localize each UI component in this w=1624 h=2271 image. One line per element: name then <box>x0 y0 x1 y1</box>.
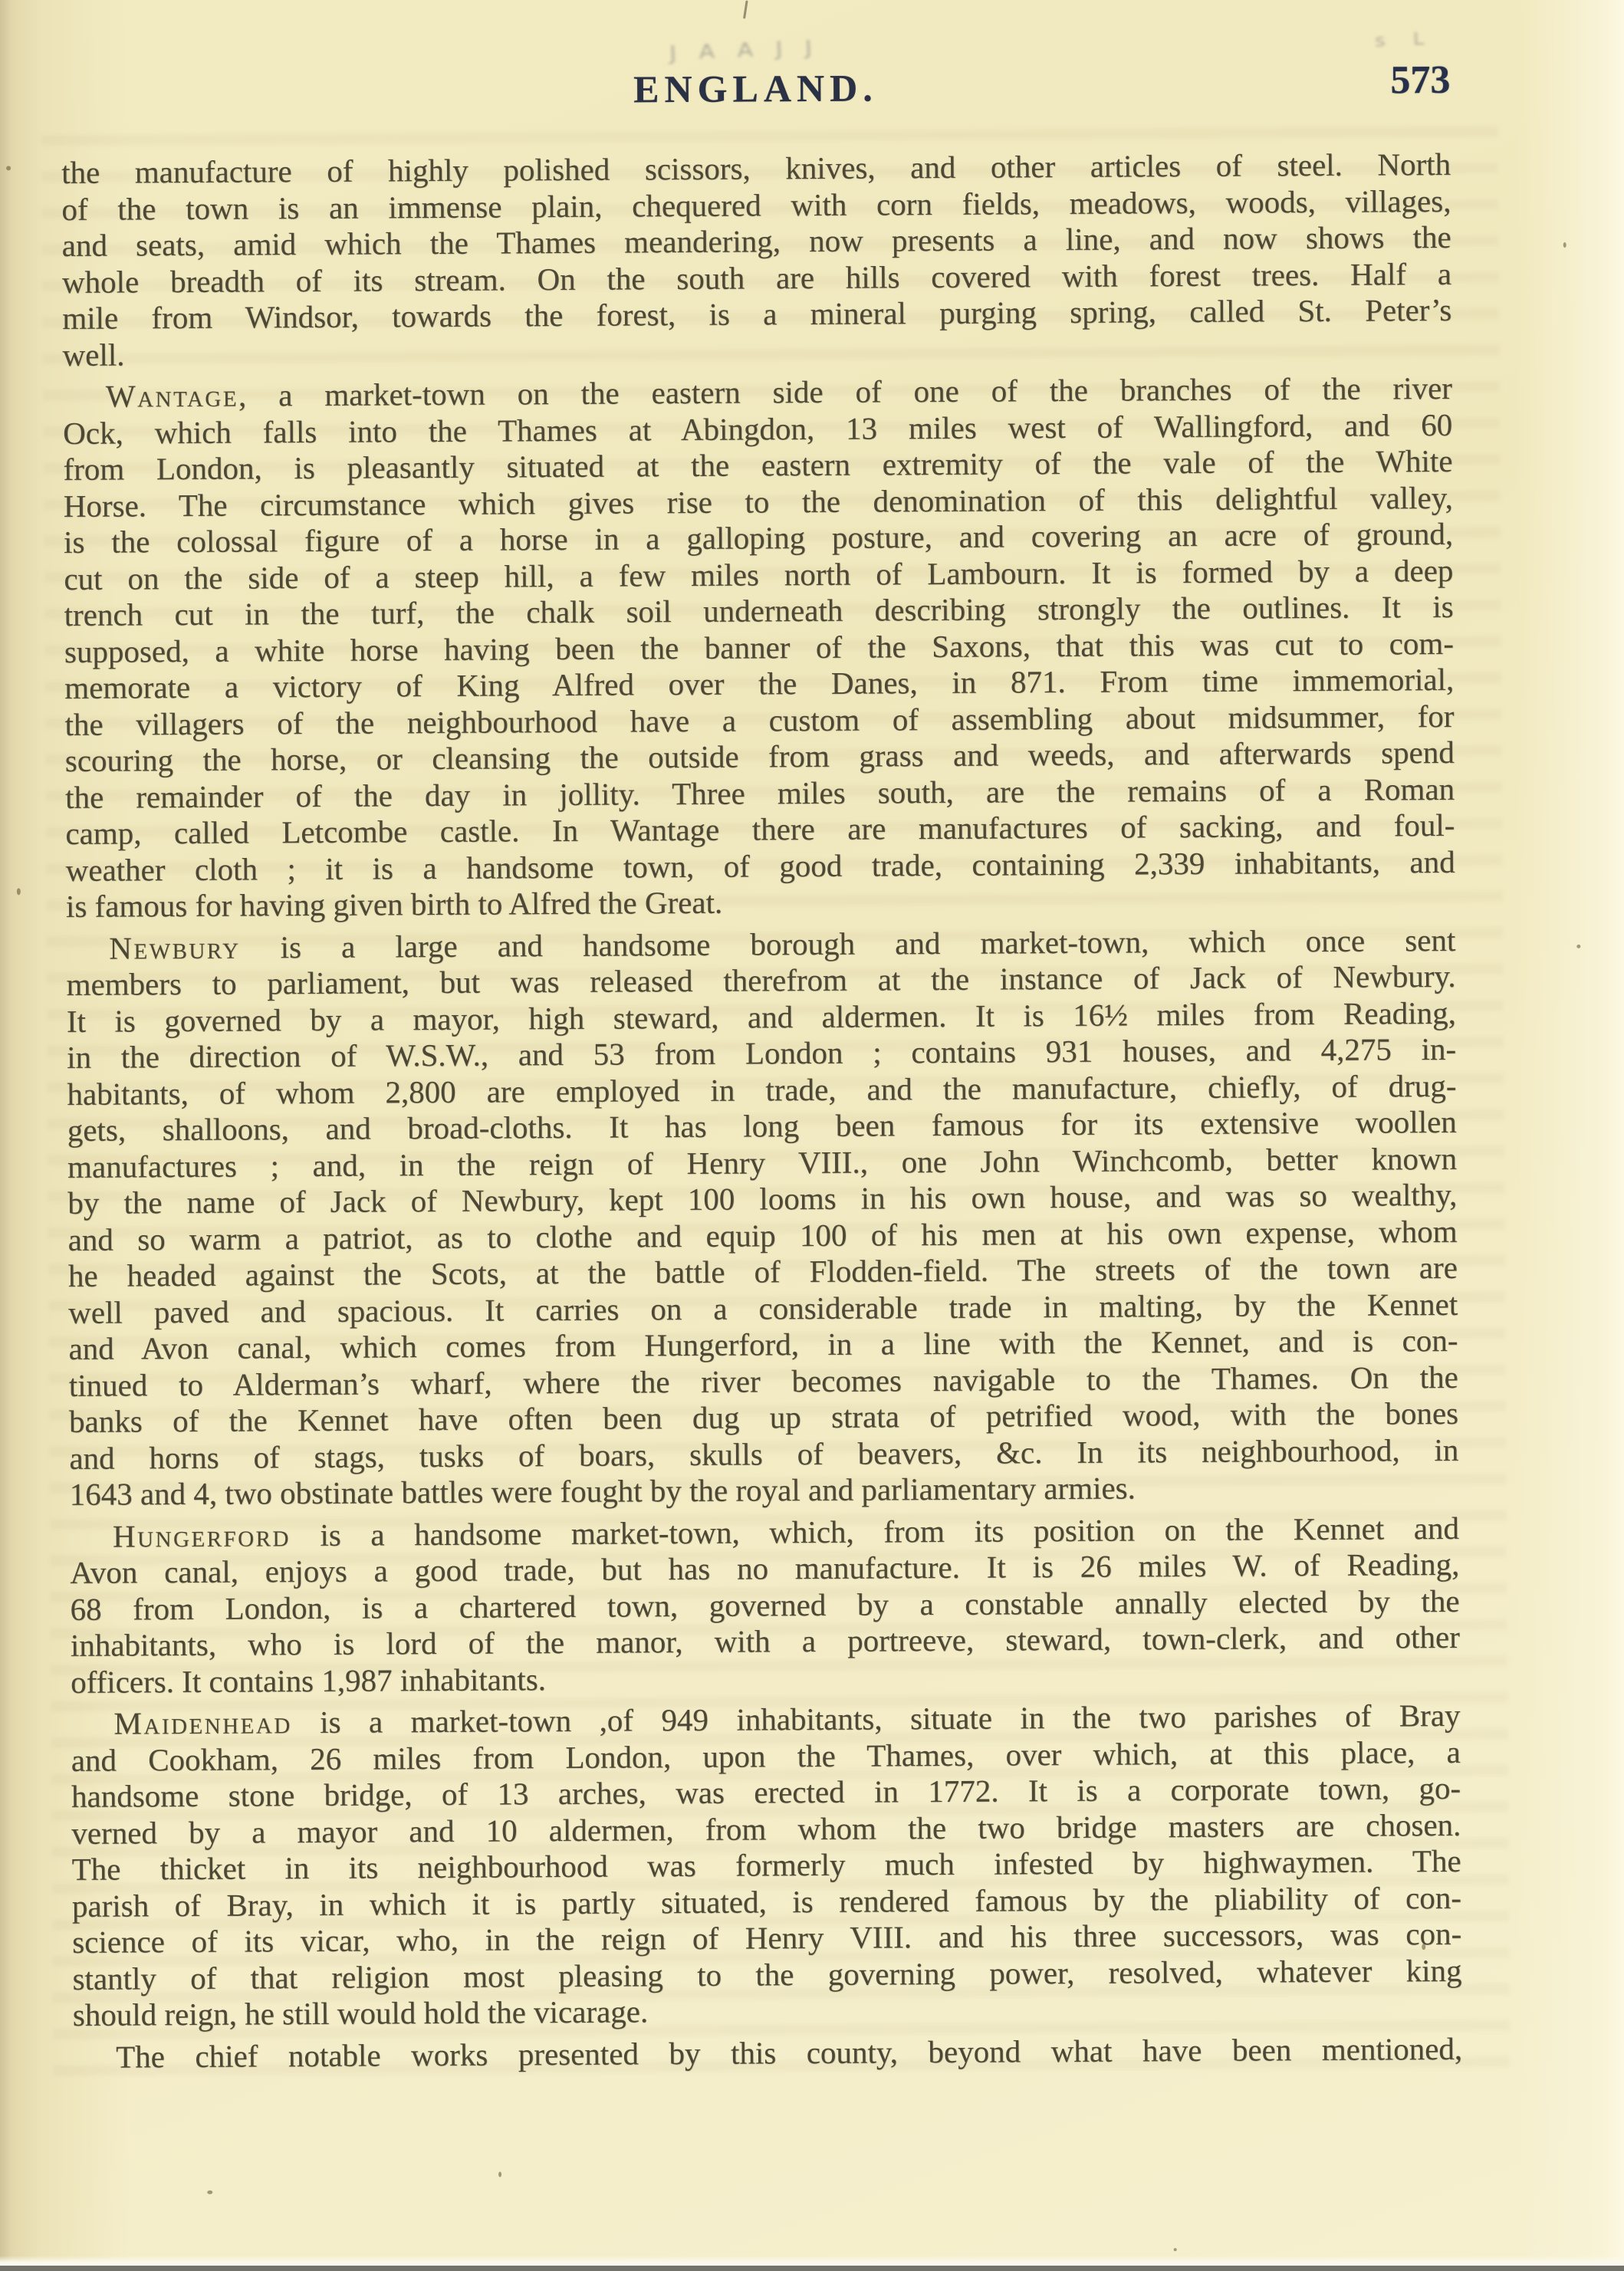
paper-speck <box>6 166 11 170</box>
paper-speck <box>1563 242 1566 248</box>
page-edge-highlight <box>0 2256 1624 2266</box>
paper-speck <box>498 2172 501 2177</box>
paper-speck <box>207 2190 212 2194</box>
paragraph: Newbury is a large and handsome borough … <box>66 922 1459 1513</box>
text-block: the manufacture of highly polished sciss… <box>61 146 1462 2075</box>
book-page: J A A J J s L ENGLAND. 573 the manufactu… <box>0 0 1624 2271</box>
text-line: should reign, he still would hold the vi… <box>73 1989 1462 2034</box>
paragraph: Hungerford is a handsome market-town, wh… <box>70 1510 1460 1701</box>
town-name-smallcaps: Hungerford <box>113 1517 291 1553</box>
town-name-smallcaps: Newbury <box>109 929 240 965</box>
town-name-smallcaps: Maidenhead <box>113 1704 291 1740</box>
page-edge-shadow <box>0 2266 1624 2271</box>
paragraph: the manufacture of highly polished sciss… <box>61 146 1452 373</box>
ink-smudge: s L <box>1375 29 1435 51</box>
ink-smudge <box>743 0 748 18</box>
paragraph: Maidenhead is a market-town ,of 949 inha… <box>71 1697 1462 2034</box>
text-line: The chief notable works presented by thi… <box>73 2030 1462 2075</box>
town-name-smallcaps: Wantage <box>106 378 238 414</box>
paper-speck <box>17 888 21 895</box>
paragraph: The chief notable works presented by thi… <box>73 2030 1462 2075</box>
page-number: 573 <box>61 58 1450 111</box>
paper-speck <box>1576 945 1580 948</box>
text-line: is famous for having given birth to Alfr… <box>66 880 1455 925</box>
paper-speck <box>1174 2248 1177 2251</box>
scanned-page-content: J A A J J s L ENGLAND. 573 the manufactu… <box>0 0 1624 2271</box>
paragraph: Wantage, a market-town on the eastern si… <box>63 370 1455 925</box>
text-line: 1643 and 4, two obstinate battles were f… <box>70 1468 1459 1513</box>
